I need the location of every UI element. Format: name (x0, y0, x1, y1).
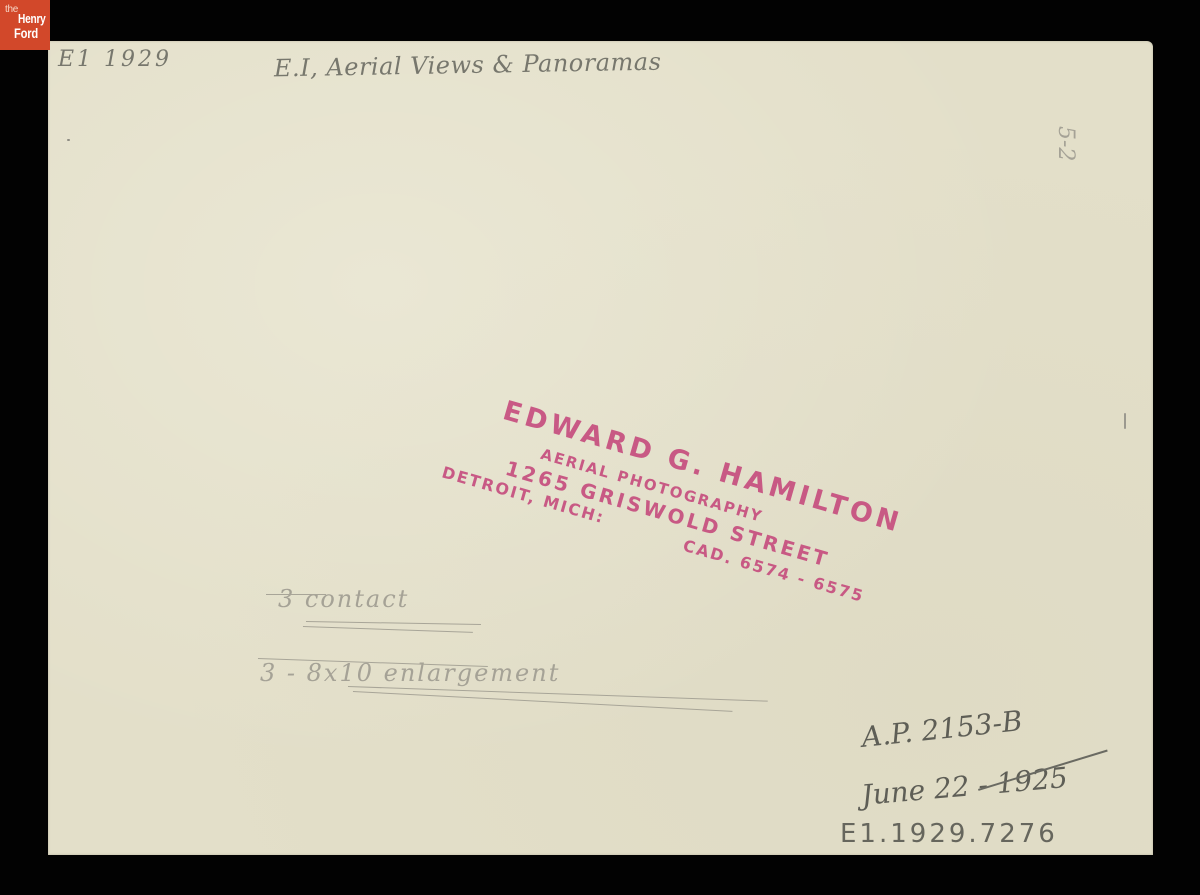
vertical-note: 5-2 (1053, 126, 1078, 161)
henry-ford-logo[interactable]: the Henry Ford (0, 0, 50, 50)
pencil-tick (1124, 413, 1126, 429)
struck-note-1: 3 contact (278, 585, 409, 613)
strike-line (306, 621, 481, 625)
photo-verso-paper: E1 1929 E.I, Aerial Views & Panoramas 5-… (48, 41, 1153, 855)
accession-note: E1 1929 (58, 47, 172, 72)
catalog-number: E1.1929.7276 (840, 819, 1058, 849)
strike-line (353, 691, 733, 712)
strike-line (266, 594, 326, 595)
aerial-photo-number: A.P. 2153-B (860, 704, 1024, 754)
logo-henry: Henry (18, 12, 46, 25)
logo-the: the (5, 5, 18, 15)
photo-date: June 22 - 1925 (860, 761, 1069, 812)
photographer-stamp: EDWARD G. HAMILTON AERIAL PHOTOGRAPHY 12… (458, 381, 958, 524)
pencil-dot (67, 139, 70, 141)
strike-line (303, 626, 473, 633)
logo-ford: Ford (14, 26, 38, 40)
category-heading: E.I, Aerial Views & Panoramas (274, 48, 662, 83)
viewer-stage: the Henry Ford E1 1929 E.I, Aerial Views… (0, 0, 1200, 895)
